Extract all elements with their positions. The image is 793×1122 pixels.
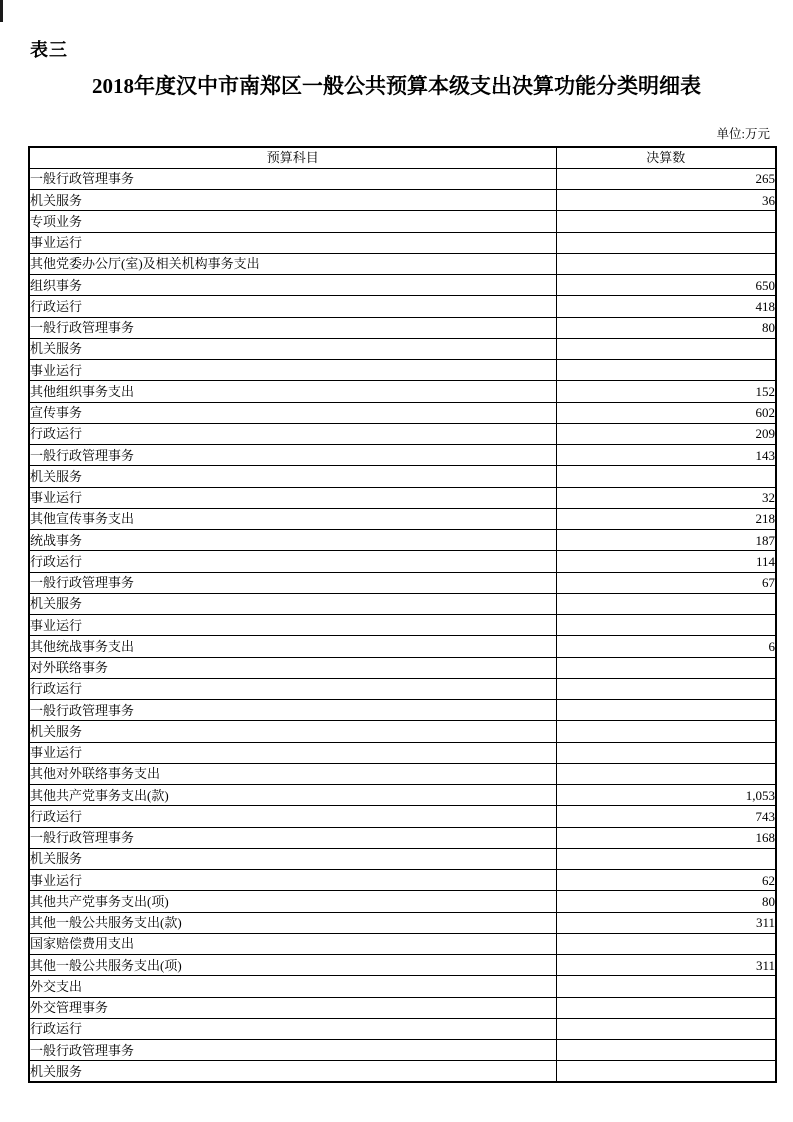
final-account-value <box>556 593 776 614</box>
budget-item-label: 行政运行 <box>29 423 556 444</box>
budget-table-body: 一般行政管理事务265机关服务36专项业务事业运行其他党委办公厅(室)及相关机构… <box>29 168 776 1082</box>
budget-item-label: 其他共产党事务支出(款) <box>29 785 556 806</box>
final-account-value: 62 <box>556 870 776 891</box>
final-account-value: 743 <box>556 806 776 827</box>
final-account-value <box>556 721 776 742</box>
budget-item-label: 行政运行 <box>29 678 556 699</box>
budget-item-label: 机关服务 <box>29 721 556 742</box>
budget-item-label: 其他宣传事务支出 <box>29 508 556 529</box>
table-row: 机关服务 <box>29 338 776 359</box>
final-account-value: 114 <box>556 551 776 572</box>
final-account-value <box>556 976 776 997</box>
budget-item-label: 机关服务 <box>29 190 556 211</box>
budget-item-label: 事业运行 <box>29 360 556 381</box>
budget-item-label: 一般行政管理事务 <box>29 572 556 593</box>
final-account-value: 36 <box>556 190 776 211</box>
final-account-value <box>556 466 776 487</box>
final-account-value: 168 <box>556 827 776 848</box>
table-row: 事业运行32 <box>29 487 776 508</box>
table-row: 事业运行 <box>29 742 776 763</box>
final-account-value <box>556 253 776 274</box>
scan-artifact <box>0 0 3 22</box>
budget-item-label: 宣传事务 <box>29 402 556 423</box>
final-account-value: 32 <box>556 487 776 508</box>
final-account-value: 218 <box>556 508 776 529</box>
budget-item-label: 行政运行 <box>29 551 556 572</box>
final-account-value: 1,053 <box>556 785 776 806</box>
column-header-subject: 预算科目 <box>29 147 556 168</box>
final-account-value <box>556 997 776 1018</box>
budget-item-label: 事业运行 <box>29 615 556 636</box>
final-account-value: 209 <box>556 423 776 444</box>
table-row: 一般行政管理事务 <box>29 700 776 721</box>
table-row: 机关服务 <box>29 848 776 869</box>
unit-note: 单位:万元 <box>717 124 770 142</box>
table-row: 其他共产党事务支出(款)1,053 <box>29 785 776 806</box>
final-account-value <box>556 848 776 869</box>
budget-item-label: 一般行政管理事务 <box>29 317 556 338</box>
table-row: 事业运行 <box>29 232 776 253</box>
budget-item-label: 统战事务 <box>29 530 556 551</box>
table-row: 机关服务 <box>29 466 776 487</box>
final-account-value <box>556 700 776 721</box>
table-row: 外交支出 <box>29 976 776 997</box>
final-account-value: 418 <box>556 296 776 317</box>
table-row: 国家赔偿费用支出 <box>29 933 776 954</box>
budget-item-label: 行政运行 <box>29 1018 556 1039</box>
final-account-value <box>556 933 776 954</box>
table-row: 对外联络事务 <box>29 657 776 678</box>
final-account-value: 67 <box>556 572 776 593</box>
budget-item-label: 机关服务 <box>29 466 556 487</box>
budget-item-label: 其他一般公共服务支出(项) <box>29 955 556 976</box>
budget-item-label: 机关服务 <box>29 848 556 869</box>
budget-item-label: 一般行政管理事务 <box>29 700 556 721</box>
table-row: 其他统战事务支出6 <box>29 636 776 657</box>
budget-item-label: 外交管理事务 <box>29 997 556 1018</box>
budget-item-label: 一般行政管理事务 <box>29 827 556 848</box>
final-account-value <box>556 360 776 381</box>
final-account-value: 650 <box>556 275 776 296</box>
table-row: 一般行政管理事务265 <box>29 168 776 189</box>
table-row: 机关服务 <box>29 593 776 614</box>
table-row: 宣传事务602 <box>29 402 776 423</box>
budget-item-label: 事业运行 <box>29 487 556 508</box>
final-account-value: 602 <box>556 402 776 423</box>
table-row: 事业运行 <box>29 360 776 381</box>
table-row: 行政运行114 <box>29 551 776 572</box>
budget-item-label: 机关服务 <box>29 593 556 614</box>
budget-item-label: 机关服务 <box>29 1061 556 1082</box>
final-account-value <box>556 1040 776 1061</box>
budget-item-label: 其他共产党事务支出(项) <box>29 891 556 912</box>
final-account-value <box>556 338 776 359</box>
table-row: 其他对外联络事务支出 <box>29 763 776 784</box>
table-row: 行政运行209 <box>29 423 776 444</box>
budget-item-label: 其他党委办公厅(室)及相关机构事务支出 <box>29 253 556 274</box>
budget-item-label: 外交支出 <box>29 976 556 997</box>
budget-item-label: 事业运行 <box>29 232 556 253</box>
final-account-value <box>556 742 776 763</box>
table-row: 一般行政管理事务168 <box>29 827 776 848</box>
final-account-value: 152 <box>556 381 776 402</box>
table-header-row: 预算科目 决算数 <box>29 147 776 168</box>
final-account-value <box>556 1018 776 1039</box>
budget-item-label: 其他统战事务支出 <box>29 636 556 657</box>
final-account-value: 265 <box>556 168 776 189</box>
table-row: 一般行政管理事务143 <box>29 445 776 466</box>
final-account-value <box>556 763 776 784</box>
final-account-value: 311 <box>556 955 776 976</box>
table-row: 行政运行743 <box>29 806 776 827</box>
budget-table: 预算科目 决算数 一般行政管理事务265机关服务36专项业务事业运行其他党委办公… <box>28 146 777 1083</box>
final-account-value: 187 <box>556 530 776 551</box>
budget-item-label: 一般行政管理事务 <box>29 1040 556 1061</box>
table-row: 其他党委办公厅(室)及相关机构事务支出 <box>29 253 776 274</box>
budget-item-label: 其他一般公共服务支出(款) <box>29 912 556 933</box>
table-row: 其他一般公共服务支出(项)311 <box>29 955 776 976</box>
table-row: 事业运行62 <box>29 870 776 891</box>
budget-item-label: 其他组织事务支出 <box>29 381 556 402</box>
table-row: 行政运行418 <box>29 296 776 317</box>
final-account-value: 6 <box>556 636 776 657</box>
table-row: 组织事务650 <box>29 275 776 296</box>
final-account-value: 80 <box>556 891 776 912</box>
table-row: 行政运行 <box>29 1018 776 1039</box>
table-row: 其他组织事务支出152 <box>29 381 776 402</box>
table-row: 一般行政管理事务67 <box>29 572 776 593</box>
page-title: 2018年度汉中市南郑区一般公共预算本级支出决算功能分类明细表 <box>0 70 793 100</box>
table-row: 其他共产党事务支出(项)80 <box>29 891 776 912</box>
final-account-value <box>556 211 776 232</box>
table-row: 一般行政管理事务 <box>29 1040 776 1061</box>
table-row: 事业运行 <box>29 615 776 636</box>
table-row: 机关服务 <box>29 1061 776 1082</box>
final-account-value: 80 <box>556 317 776 338</box>
budget-item-label: 对外联络事务 <box>29 657 556 678</box>
table-row: 外交管理事务 <box>29 997 776 1018</box>
final-account-value <box>556 1061 776 1082</box>
final-account-value <box>556 657 776 678</box>
table-row: 其他宣传事务支出218 <box>29 508 776 529</box>
budget-item-label: 事业运行 <box>29 870 556 891</box>
budget-item-label: 一般行政管理事务 <box>29 445 556 466</box>
table-number-label: 表三 <box>30 36 68 62</box>
budget-item-label: 行政运行 <box>29 806 556 827</box>
budget-item-label: 一般行政管理事务 <box>29 168 556 189</box>
final-account-value <box>556 232 776 253</box>
budget-item-label: 事业运行 <box>29 742 556 763</box>
table-row: 行政运行 <box>29 678 776 699</box>
budget-item-label: 国家赔偿费用支出 <box>29 933 556 954</box>
table-row: 机关服务36 <box>29 190 776 211</box>
table-row: 一般行政管理事务80 <box>29 317 776 338</box>
final-account-value: 311 <box>556 912 776 933</box>
table-row: 统战事务187 <box>29 530 776 551</box>
final-account-value <box>556 678 776 699</box>
final-account-value <box>556 615 776 636</box>
column-header-amount: 决算数 <box>556 147 776 168</box>
budget-item-label: 组织事务 <box>29 275 556 296</box>
budget-item-label: 其他对外联络事务支出 <box>29 763 556 784</box>
budget-item-label: 专项业务 <box>29 211 556 232</box>
table-row: 专项业务 <box>29 211 776 232</box>
budget-item-label: 机关服务 <box>29 338 556 359</box>
table-row: 其他一般公共服务支出(款)311 <box>29 912 776 933</box>
final-account-value: 143 <box>556 445 776 466</box>
table-row: 机关服务 <box>29 721 776 742</box>
budget-item-label: 行政运行 <box>29 296 556 317</box>
